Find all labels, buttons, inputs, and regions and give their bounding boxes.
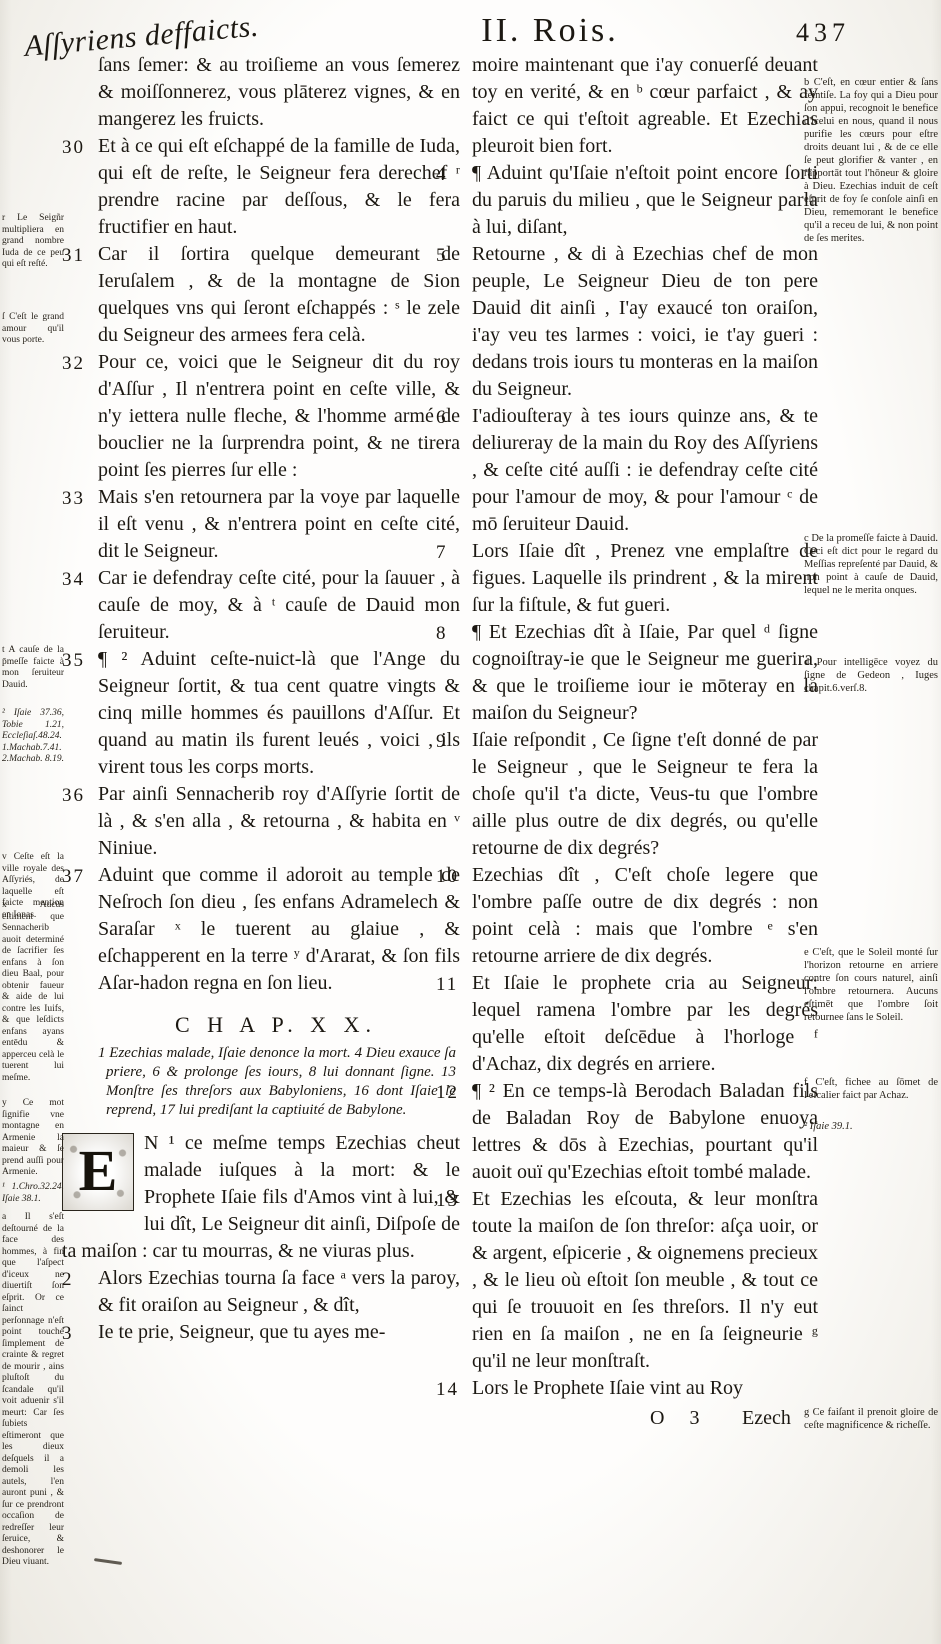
verse-text: Ezechias dît , C'eſt choſe legere que l'… (472, 862, 818, 970)
verse-number: 30 (62, 133, 98, 161)
verse: 10 Ezechias dît , C'eſt choſe legere que… (436, 862, 818, 970)
verse-number: 2 (62, 1265, 98, 1293)
verse-text: moire maintenant que i'ay conuerſé deuan… (472, 52, 818, 160)
verse-text: Et Ezechias les eſcouta, & leur monſtra … (472, 1186, 818, 1375)
footer-line: O 3 Ezech (436, 1405, 818, 1435)
margin-note: ² Iſaie 39.1. (804, 1120, 938, 1133)
verse-text: ¶ Aduint qu'Iſaie n'eſtoit point encore … (472, 160, 818, 241)
verse: 32 Pour ce, voici que le Seigneur dit du… (62, 349, 460, 484)
verse-text: ſans ſemer: & au troiſieme an vous ſemer… (98, 52, 460, 133)
catchword: Ezech (742, 1405, 791, 1432)
verse-text: Car ie defendray ceſte cité, pour la ſau… (98, 565, 460, 646)
verse-text: Mais s'en retournera par la voye par laq… (98, 484, 460, 565)
verse: 6 I'adiouſteray à tes iours quinze ans, … (436, 403, 818, 538)
verse-text: Retourne , & di à Ezechias chef de mon p… (472, 241, 818, 403)
verse-text: I'adiouſteray à tes iours quinze ans, & … (472, 403, 818, 538)
verse-text: ¶ ² En ce temps-là Berodach Baladan fils… (472, 1078, 818, 1186)
verse-number: 11 (436, 970, 472, 998)
verse-text: Alors Ezechias tourna ſa face ᵃ vers la … (98, 1265, 460, 1319)
verse-number: 13 (436, 1186, 472, 1214)
verse-text: Lors le Prophete Iſaie vint au Roy (472, 1375, 818, 1402)
drop-cap-initial: E (62, 1133, 134, 1211)
left-column: ſans ſemer: & au troiſieme an vous ſemer… (62, 52, 460, 1347)
right-column-verses: moire maintenant que i'ay conuerſé deuan… (436, 52, 818, 1403)
verse: 9 Iſaie reſpondit , Ce ſigne t'eſt donné… (436, 727, 818, 862)
verse-text: Lors Iſaie dît , Prenez vne emplaſtre de… (472, 538, 818, 619)
verse-number (436, 52, 472, 53)
verse: moire maintenant que i'ay conuerſé deuan… (436, 52, 818, 160)
scan-smudge (94, 1558, 122, 1565)
verse: 35 ¶ ² Aduint ceſte-nuict-là que l'Ange … (62, 646, 460, 781)
verse: 34 Car ie defendray ceſte cité, pour la … (62, 565, 460, 646)
opening-verse-text: EN ¹ ce meſme temps Ezechias cheut malad… (62, 1130, 460, 1265)
margin-note: x Aucūs eſtiment que Sennacherib auoit d… (2, 900, 64, 1084)
verse-text: Car il ſortira quelque demeurant de Ieru… (98, 241, 460, 349)
verse-number: 3 (62, 1319, 98, 1347)
verse-number: 34 (62, 565, 98, 593)
verse-number: 14 (436, 1375, 472, 1403)
verse-text: Iſaie reſpondit , Ce ſigne t'eſt donné d… (472, 727, 818, 862)
verse: 11 Et Iſaie le prophete cria au Seigneur… (436, 970, 818, 1078)
margin-note: ¹ 1.Chro.32.24. Iſaie 38.1. (2, 1182, 64, 1205)
chapter-heading: C H A P. X X. (92, 1011, 460, 1038)
verse-number: 31 (62, 241, 98, 269)
verse-number: 7 (436, 538, 472, 566)
verse-text: Et à ce qui eſt eſchappé de la famille d… (98, 133, 460, 241)
signature-mark: O 3 (650, 1405, 709, 1432)
margin-note: ² Iſaie 37.36, Tobie 1.21, Eccleſiaſ.48.… (2, 708, 64, 766)
right-column: moire maintenant que i'ay conuerſé deuan… (436, 52, 818, 1435)
margin-note: f C'eſt, fichee au ſōmet de l'eſcalier f… (804, 1076, 938, 1102)
verse-number: 5 (436, 241, 472, 269)
left-column-verses: ſans ſemer: & au troiſieme an vous ſemer… (62, 52, 460, 997)
margin-note: a Il s'eſt deſtourné de la face des homm… (2, 1212, 64, 1569)
verse: 3 Ie te prie, Seigneur, que tu ayes me- (62, 1319, 460, 1347)
margin-note: g Ce faiſant il prenoit gloire de ceſte … (804, 1406, 938, 1432)
verse: 36 Par ainſi Sennacherib roy d'Aſſyrie ſ… (62, 781, 460, 862)
book-title: II. Rois. (420, 12, 680, 50)
margin-note: c De la promeſſe faicte à Dauid. Ceci eſ… (804, 532, 938, 597)
verse: 2 Alors Ezechias tourna ſa face ᵃ vers l… (62, 1265, 460, 1319)
margin-note: d Pour intelligēce voyez du ſigne de Ged… (804, 656, 938, 695)
verse-number: 36 (62, 781, 98, 809)
left-column-verses-2: 2 Alors Ezechias tourna ſa face ᵃ vers l… (62, 1265, 460, 1347)
verse: 4 ¶ Aduint qu'Iſaie n'eſtoit point encor… (436, 160, 818, 241)
verse-number: 6 (436, 403, 472, 431)
verse-number (62, 52, 98, 53)
verse-text: ¶ Et Ezechias dît à Iſaie, Par quel ᵈ ſi… (472, 619, 818, 727)
verse: 8 ¶ Et Ezechias dît à Iſaie, Par quel ᵈ … (436, 619, 818, 727)
verse: 13 Et Ezechias les eſcouta, & leur monſt… (436, 1186, 818, 1375)
left-margin-notes: r Le Seigñr multipliera en grand nombre … (2, 0, 64, 1644)
verse-number: 8 (436, 619, 472, 647)
margin-note: r Le Seigñr multipliera en grand nombre … (2, 213, 64, 271)
verse-number: 4 (436, 160, 472, 188)
verse-number: 10 (436, 862, 472, 890)
verse: 5 Retourne , & di à Ezechias chef de mon… (436, 241, 818, 403)
verse: 30 Et à ce qui eſt eſchappé de la famill… (62, 133, 460, 241)
verse-number: 12 (436, 1078, 472, 1106)
verse-number: 35 (62, 646, 98, 674)
verse-text: ¶ ² Aduint ceſte-nuict-là que l'Ange du … (98, 646, 460, 781)
verse: 7 Lors Iſaie dît , Prenez vne emplaſtre … (436, 538, 818, 619)
right-margin-notes: b C'eſt, en cœur entier & ſans feintiſe.… (804, 0, 938, 1644)
verse-text: Par ainſi Sennacherib roy d'Aſſyrie ſort… (98, 781, 460, 862)
verse: ſans ſemer: & au troiſieme an vous ſemer… (62, 52, 460, 133)
verse: 12 ¶ ² En ce temps-là Berodach Baladan f… (436, 1078, 818, 1186)
chapter-opening-verse: EN ¹ ce meſme temps Ezechias cheut malad… (62, 1130, 460, 1265)
verse: 33 Mais s'en retournera par la voye par … (62, 484, 460, 565)
verse-number: 37 (62, 862, 98, 890)
margin-note: e C'eſt, que le Soleil monté ſur l'horiz… (804, 946, 938, 1024)
margin-note: t A cauſe de la p̄meſſe faicte à mon ſer… (2, 645, 64, 691)
verse-number: 33 (62, 484, 98, 512)
chapter-summary: 1 Ezechias malade, Iſaie denonce la mort… (92, 1044, 456, 1120)
verse-text: Et Iſaie le prophete cria au Seigneur: l… (472, 970, 818, 1078)
verse: 31 Car il ſortira quelque demeurant de I… (62, 241, 460, 349)
margin-note: ſ C'eſt le grand amour qu'il vous porte. (2, 312, 64, 347)
margin-note: y Ce mot ſignifie vne montagne en Armeni… (2, 1098, 64, 1179)
verse: 37 Aduint que comme il adoroit au temple… (62, 862, 460, 997)
verse-text: Aduint que comme il adoroit au temple de… (98, 862, 460, 997)
margin-note: b C'eſt, en cœur entier & ſans feintiſe.… (804, 76, 938, 245)
verse-text: Pour ce, voici que le Seigneur dit du ro… (98, 349, 460, 484)
verse: 14 Lors le Prophete Iſaie vint au Roy (436, 1375, 818, 1403)
verse-text: Ie te prie, Seigneur, que tu ayes me- (98, 1319, 460, 1346)
verse-number: 9 (436, 727, 472, 755)
verse-number: 32 (62, 349, 98, 377)
